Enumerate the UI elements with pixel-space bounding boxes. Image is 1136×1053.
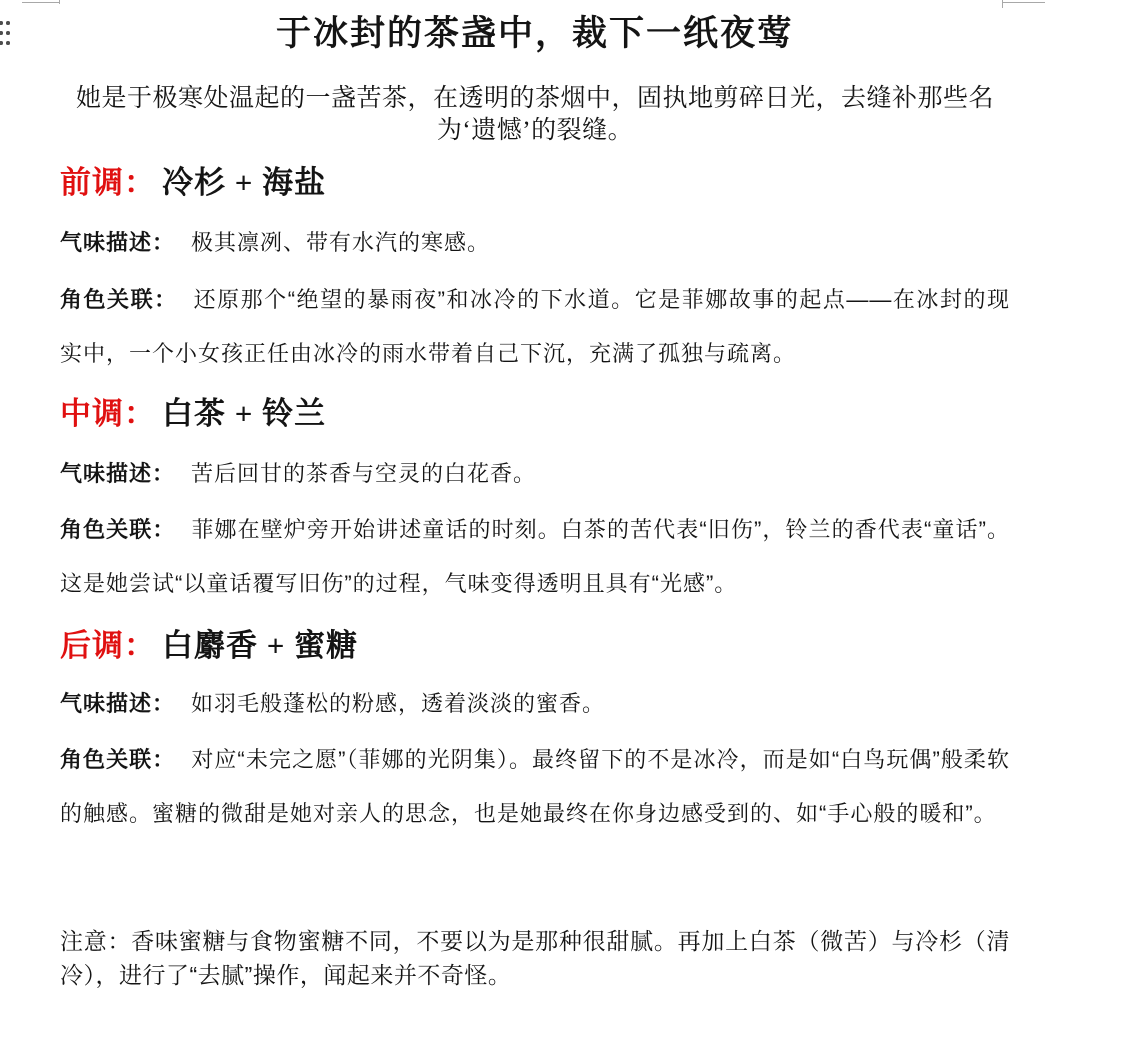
crop-mark-top-left [59,0,60,4]
role-association-paragraph: 角色关联：还原那个“绝望的暴雨夜”和冰冷的下水道。它是菲娜故事的起点——在冰封的… [60,273,1010,381]
role-label: 角色关联： [60,287,178,312]
role-label: 角色关联： [60,747,175,772]
crop-mark-top-right [1003,2,1045,3]
role-text: 菲娜在壁炉旁开始讲述童话的时刻。白茶的苦代表“旧伤”，铃兰的香代表“童话”。这是… [60,517,1010,596]
document-title: 于冰封的茶盏中，裁下一纸夜莺 [60,12,1010,56]
tone-label: 前调： [60,165,156,200]
note-paragraph: 注意：香味蜜糖与食物蜜糖不同，不要以为是那种很甜腻。再加上白茶（微苦）与冷杉（清… [60,924,1010,992]
notes-name: 冷杉 + 海盐 [162,165,326,200]
document-subtitle: 她是于极寒处温起的一盏苦茶，在透明的茶烟中，固执地剪碎日光，去缝补那些名为‘遗憾… [60,83,1010,147]
smell-text: 极其凛冽、带有水汽的寒感。 [191,230,490,255]
smell-text: 如羽毛般蓬松的粉感，透着淡淡的蜜香。 [191,691,605,716]
role-label: 角色关联： [60,517,175,542]
smell-label: 气味描述： [60,230,175,255]
smell-text: 苦后回甘的茶香与空灵的白花香。 [191,461,536,486]
crop-mark-top-left [22,2,60,3]
role-text: 对应“未完之愿”（菲娜的光阴集）。最终留下的不是冰冷，而是如“白鸟玩偶”般柔软的… [60,747,1010,826]
role-text: 还原那个“绝望的暴雨夜”和冰冷的下水道。它是菲娜故事的起点——在冰封的现实中，一… [60,287,1010,366]
notes-name: 白茶 + 铃兰 [162,396,326,431]
role-association-paragraph: 角色关联：菲娜在壁炉旁开始讲述童话的时刻。白茶的苦代表“旧伤”，铃兰的香代表“童… [60,503,1010,611]
section-heading-middle-notes: 中调：白茶 + 铃兰 [60,394,1010,434]
tone-label: 中调： [60,396,156,431]
crop-mark-top-right [1002,0,1003,8]
smell-description-paragraph: 气味描述：苦后回甘的茶香与空灵的白花香。 [60,447,1010,501]
role-association-paragraph: 角色关联：对应“未完之愿”（菲娜的光阴集）。最终留下的不是冰冷，而是如“白鸟玩偶… [60,733,1010,841]
section-heading-top-notes: 前调：冷杉 + 海盐 [60,163,1010,203]
smell-description-paragraph: 气味描述：极其凛冽、带有水汽的寒感。 [60,216,1010,270]
smell-label: 气味描述： [60,461,175,486]
notes-name: 白麝香 + 蜜糖 [162,628,358,663]
section-heading-base-notes: 后调：白麝香 + 蜜糖 [60,626,1010,666]
document-page: 于冰封的茶盏中，裁下一纸夜莺 她是于极寒处温起的一盏苦茶，在透明的茶烟中，固执地… [0,0,1136,1053]
tone-label: 后调： [60,628,156,663]
drag-handle-icon[interactable] [0,21,10,45]
smell-description-paragraph: 气味描述：如羽毛般蓬松的粉感，透着淡淡的蜜香。 [60,677,1010,731]
smell-label: 气味描述： [60,691,175,716]
